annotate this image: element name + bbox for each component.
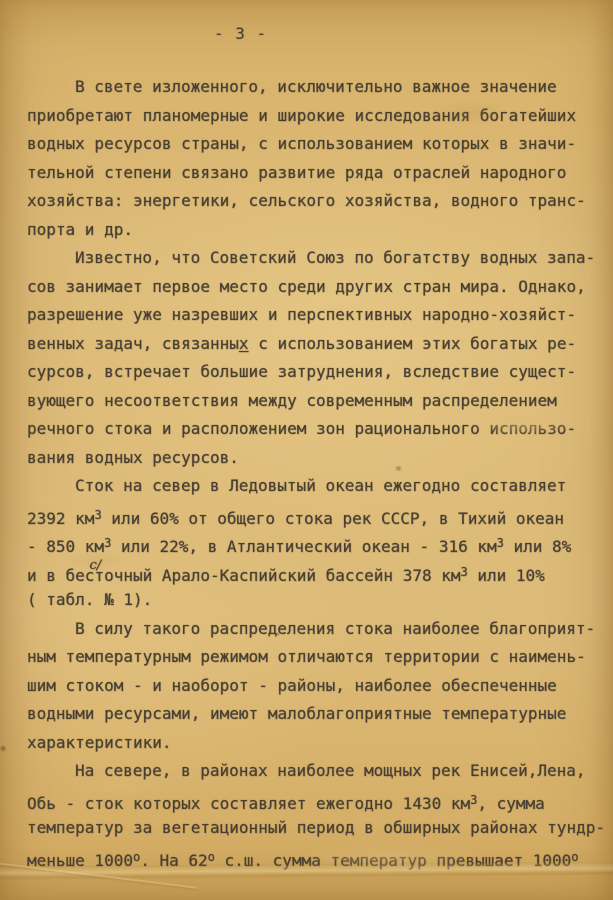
text-line: венных задач, связанных с использованием… (27, 330, 607, 359)
superscript-char: 3 (497, 536, 504, 550)
page-number: - 3 - (214, 24, 267, 43)
ink-speck (0, 744, 6, 753)
text-line: речного стока и расположением зон рацион… (27, 415, 607, 444)
text-line: шим стоком - и наоборот - районы, наибол… (27, 672, 607, 701)
superscript-char: 3 (94, 508, 101, 522)
superscript-char: 3 (460, 565, 467, 579)
superscript-char: о (571, 850, 578, 864)
underlined-char: х (239, 334, 249, 353)
text-line: - 850 км3 или 22%, в Атлантический океан… (27, 529, 607, 558)
text-line: температур за вегетационный период в обш… (27, 814, 607, 843)
text-line: сурсов, встречает большие затруднения, в… (27, 358, 607, 387)
text-line: водных ресурсов страны, с использованием… (27, 130, 607, 159)
text-line: меньше 1000о. На 62о с.ш. сумма температ… (27, 843, 607, 872)
text-line: вания водных ресурсов. (27, 444, 607, 473)
scanned-document-page: - 3 - В свете изложенного, исключительно… (0, 0, 613, 900)
text-line: вующего несоответствия между современным… (27, 387, 607, 416)
text-line: тельной степени связано развитие ряда от… (27, 159, 607, 188)
text-line: 2392 км3 или 60% от общего стока рек ССС… (27, 501, 607, 530)
text-line: разрешение уже назревших и перспективных… (27, 301, 607, 330)
text-line: характеристики. (27, 729, 607, 758)
text-line: приобретают планомерные и широкие исслед… (27, 102, 607, 131)
text-line: и в бесс/точный Арало-Каспийский бассейн… (27, 558, 607, 587)
text-line: ным температурным режимом отличаются тер… (27, 643, 607, 672)
superscript-char: о (208, 850, 215, 864)
text-line: сов занимает первое место среди других с… (27, 273, 607, 302)
document-body: В свете изложенного, исключительно важно… (27, 73, 607, 871)
text-line: порта и др. (27, 216, 607, 245)
text-line: хозяйства: энергетики, сельского хозяйст… (27, 187, 607, 216)
text-line: водными ресурсами, имеют малоблагоприятн… (27, 700, 607, 729)
text-line: Известно, что Советский Союз по богатств… (27, 244, 607, 273)
text-line: В силу такого распределения стока наибол… (27, 615, 607, 644)
text-line: Обь - сток которых составляет ежегодно 1… (27, 786, 607, 815)
text-line: Сток на север в Ледовытый океан ежегодно… (27, 472, 607, 501)
text-line: ( табл. № 1). (27, 586, 607, 615)
text-line: На севере, в районах наиболее мощных рек… (27, 757, 607, 786)
text-line: В свете изложенного, исключительно важно… (27, 73, 607, 102)
